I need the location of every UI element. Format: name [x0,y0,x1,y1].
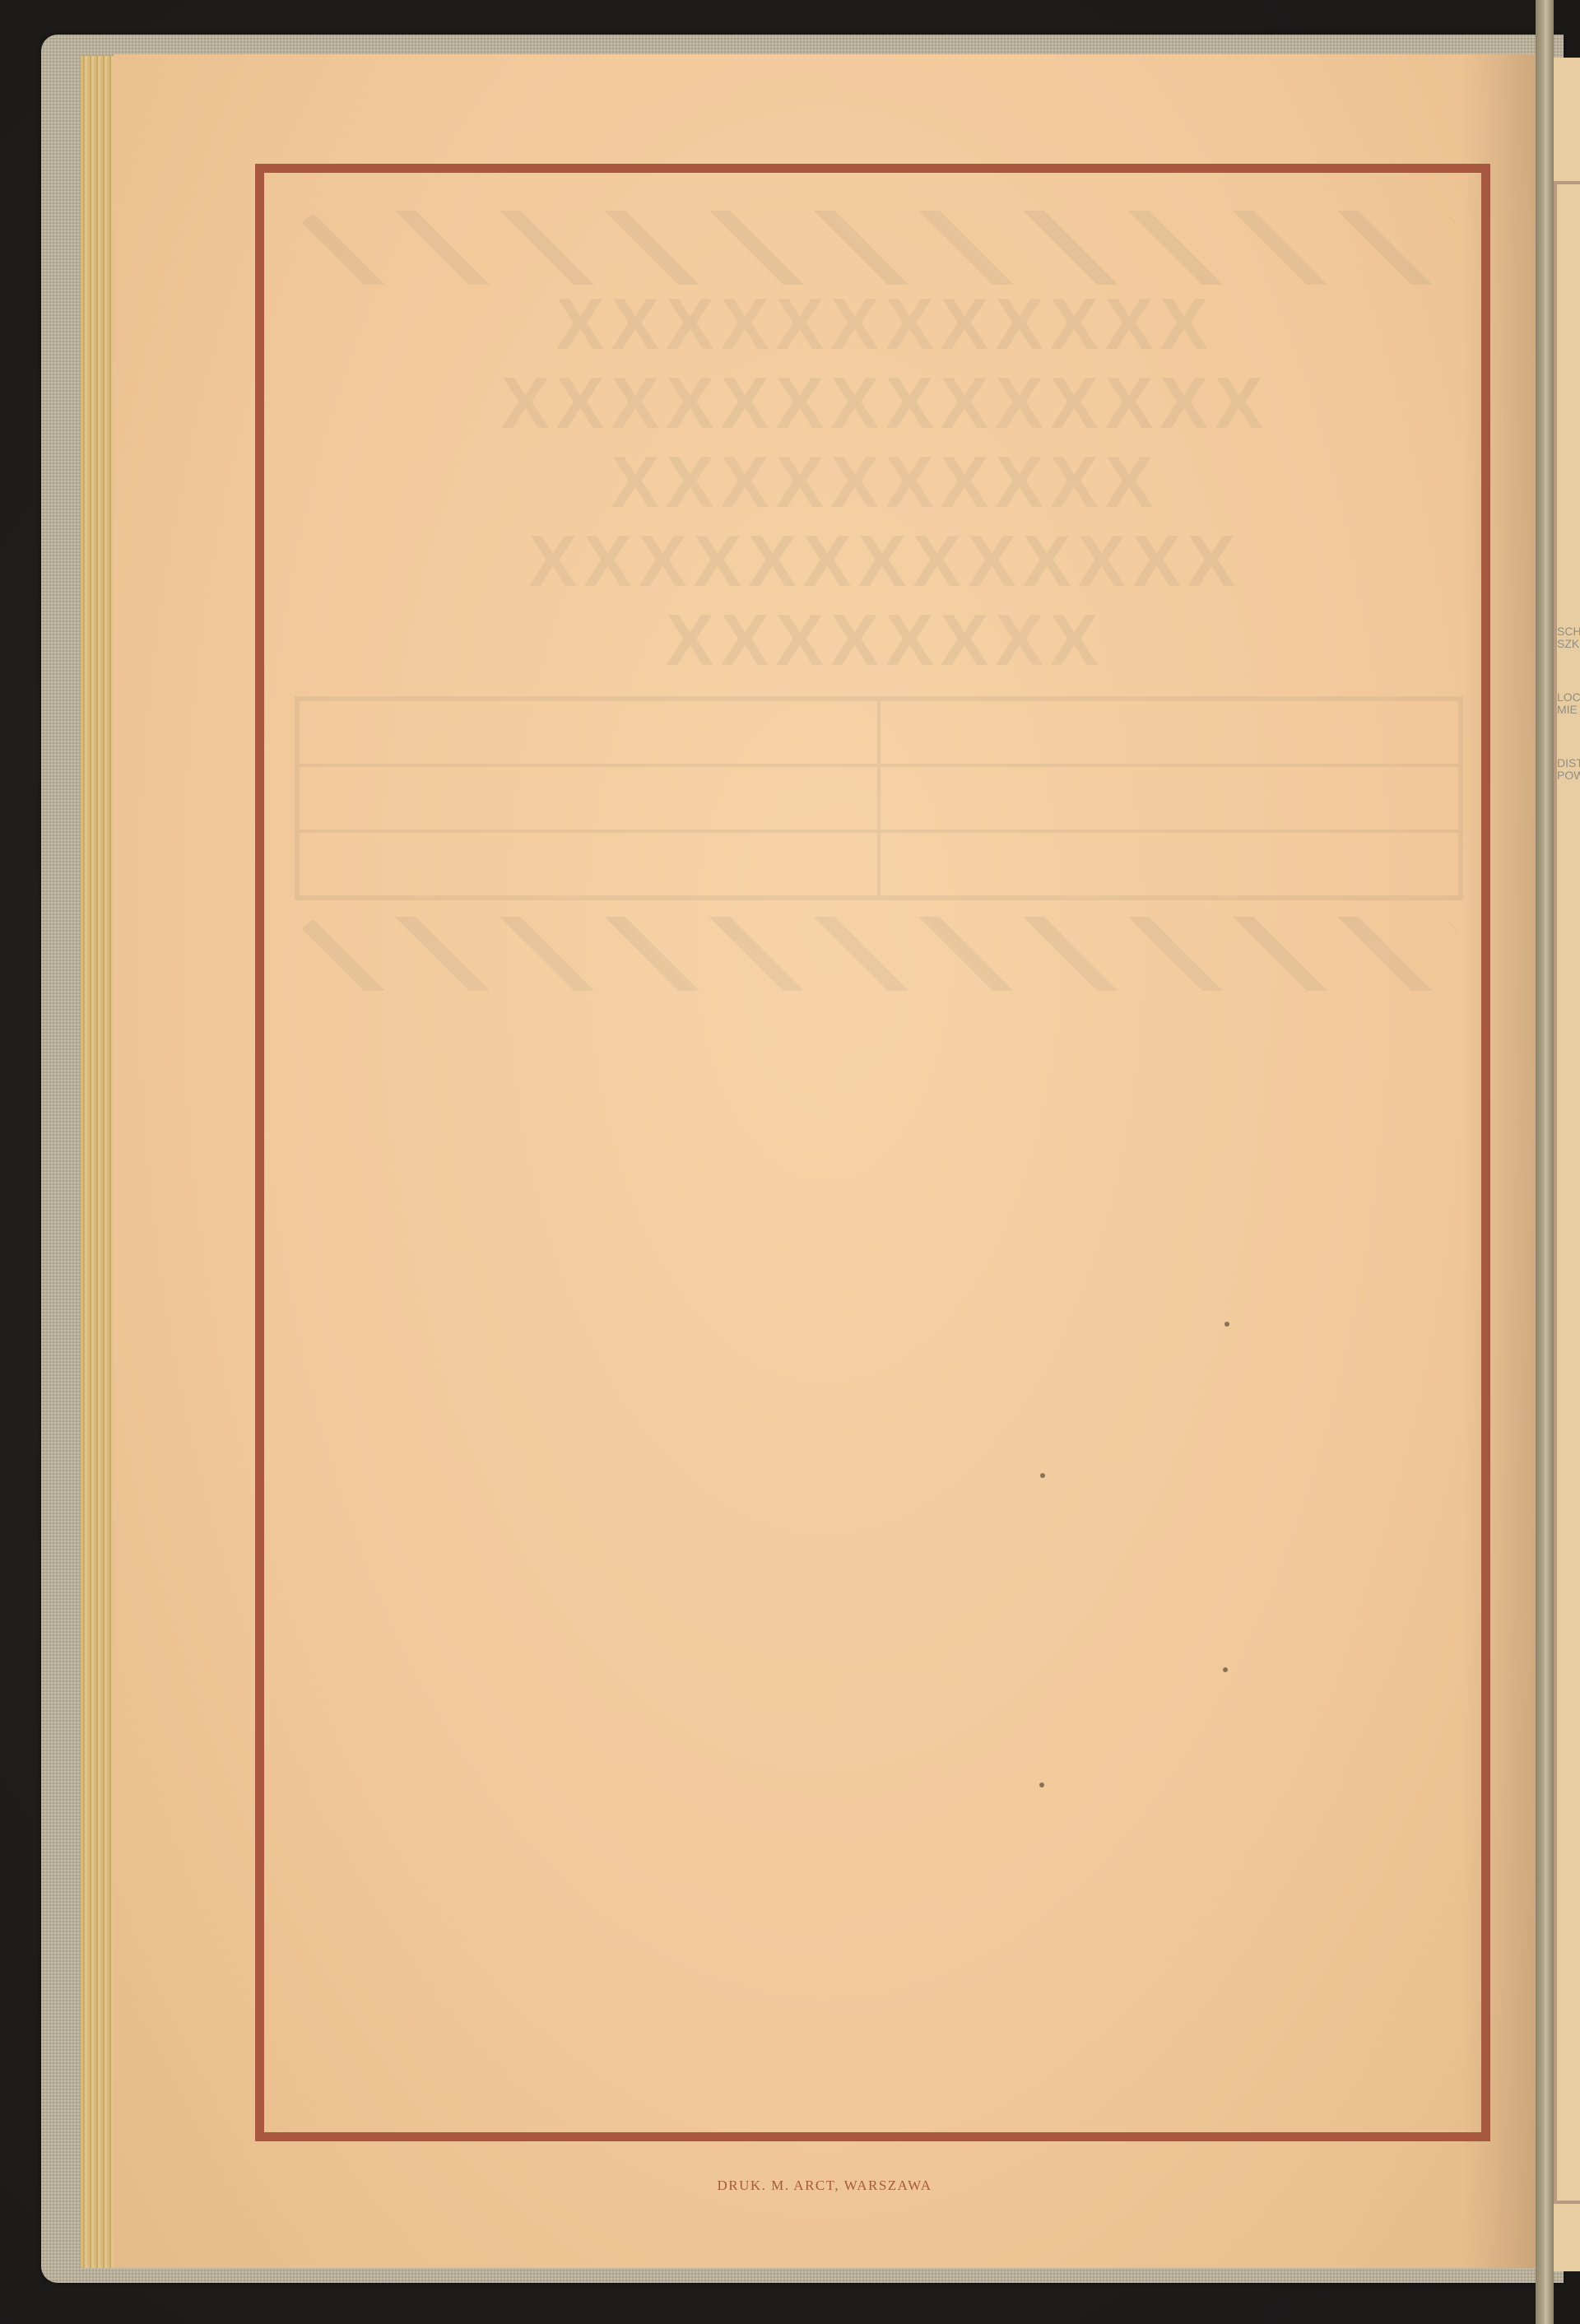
page-block-edges [81,56,114,2268]
book-scan: XXXXXXXXXXXX XXXXXXXXXXXXXX XXXXXXXXXX X… [0,0,1580,2324]
printer-imprint: DRUK. M. ARCT, WARSZAWA [114,2178,1536,2194]
page-border-frame [255,164,1490,2141]
facing-page-label: DIST POW [1557,757,1580,782]
paper-speck [1039,1783,1044,1787]
paper-speck [1223,1667,1228,1672]
facing-page-label: SCHO SZKO [1557,625,1580,650]
facing-page-frame [1554,181,1580,2204]
paper-speck [1040,1473,1045,1478]
paper-speck [1224,1322,1229,1327]
facing-page-edge: SCHO SZKO LOC MIE DIST POW [1554,58,1580,2271]
book-page: XXXXXXXXXXXX XXXXXXXXXXXXXX XXXXXXXXXX X… [114,54,1536,2268]
book-binding [1536,0,1554,2324]
facing-page-label: LOC MIE [1557,691,1580,716]
